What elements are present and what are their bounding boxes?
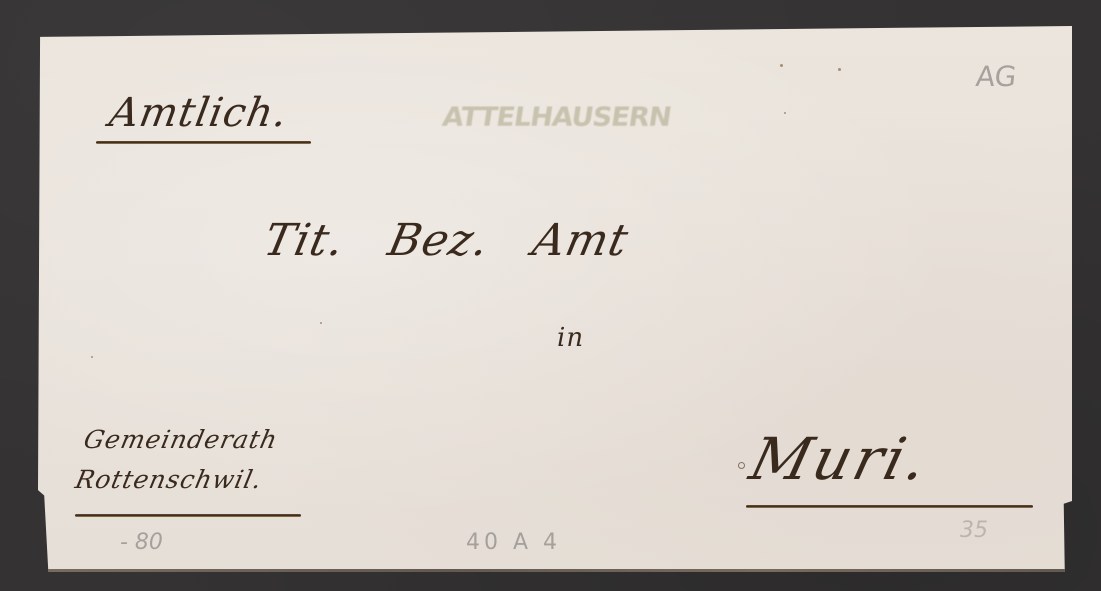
addressee: Tit. Bez. Amt [260, 215, 634, 266]
ink-dot [738, 462, 745, 469]
paper-speck [91, 356, 93, 358]
pencil-note-bottom-right: 35 [960, 518, 988, 543]
straight-line-postmark: ATTELHAUSERN [440, 103, 672, 133]
pencil-note-top-right: AG [974, 60, 1018, 93]
destination-place: Muri. [744, 425, 937, 493]
sender-underline [75, 514, 301, 517]
paper-speck [780, 64, 783, 67]
official-marking: Amtlich. [106, 90, 291, 136]
sender-line-2: Rottenschwil. [71, 460, 273, 500]
paper-speck [838, 68, 841, 71]
official-marking-underline [96, 141, 311, 144]
paper-speck [784, 112, 786, 114]
pencil-note-bottom-center: 40 A 4 [466, 530, 561, 555]
paper-speck [320, 322, 322, 324]
preposition-in: in [557, 323, 584, 353]
pencil-note-bottom-left: - 80 [120, 530, 163, 555]
sender-block: Gemeinderath Rottenschwil. [71, 420, 281, 500]
sender-line-1: Gemeinderath [80, 420, 282, 460]
destination-underline [746, 505, 1033, 508]
